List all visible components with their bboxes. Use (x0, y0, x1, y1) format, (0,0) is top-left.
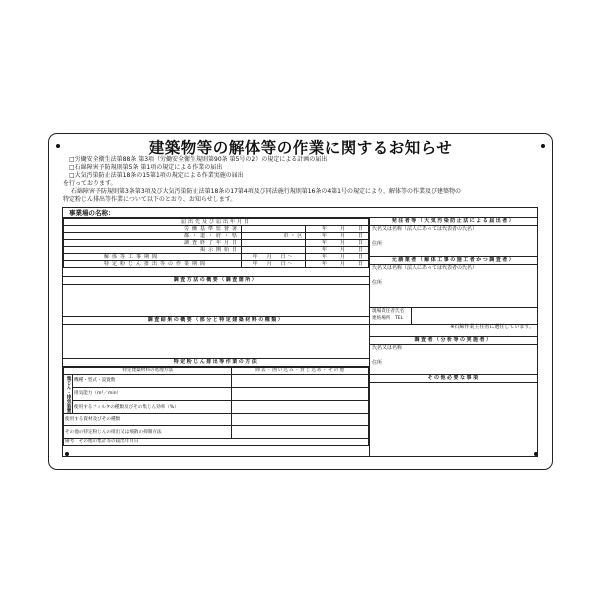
dust-method-section: 特定粉じん排出等作業の方法 特定建築材料の処理方法 除去・囲い込み・封じ込め・そ… (63, 358, 369, 458)
paragraph-line: 石綿障害予防規則第3条第3項及び大気汚染防止法第18条の17第4項及び同法施行規… (63, 188, 461, 196)
row-label: 労働基準監督署 (64, 226, 242, 233)
dates-row: 掲示開始日年 月 日 (64, 247, 369, 254)
row-mid (241, 240, 305, 247)
row-mid: 年 月 日～ (241, 254, 305, 261)
dates-row: 特定粉じん排出等の作業期間年 月 日～年 月 日 (64, 261, 369, 268)
orderer-section: 発注者等（大気汚染防止法による届出者） 氏名又は名称（法人にあっては代表者の氏名… (370, 218, 537, 256)
row-date: 年 月 日 (306, 240, 369, 247)
row-label: 掲示開始日 (64, 247, 242, 254)
row-mid (241, 226, 305, 233)
left-column: 届出先及び届出年月日労働基準監督署年 月 日都・道・府・県市・区年 月 日調査終… (63, 218, 370, 456)
investigator-header: 調査者（分析等の実施者） (370, 337, 537, 345)
row-label: 調査終了年月日 (64, 240, 242, 247)
other-suppression-label: その他の特定粉じんの排出又は飛散の抑制方法 (64, 426, 232, 439)
sign-title: 建築物等の解体等の作業に関するお知らせ (49, 136, 552, 158)
paragraph-line: 特定粉じん排出等作業について以下のとおり、お知らせします。 (63, 196, 461, 204)
row-mid: 市・区 (241, 233, 305, 240)
material-method-label: 特定建築材料の処理方法 (64, 368, 232, 375)
row-date: 年 月 日 (306, 226, 369, 233)
other-suppression-value (232, 426, 369, 439)
row-label: 特定粉じん排出等の作業期間 (64, 261, 242, 268)
row-mid (241, 247, 305, 254)
intro-text: □労働安全衛生法第88条 第3項（労働安全衛生規則第90条 第5号の2）の規定に… (63, 156, 461, 204)
orderer-address-label: 住所 (370, 241, 537, 248)
orderer-header: 発注者等（大気汚染防止法による届出者） (370, 218, 537, 226)
exhaust-capacity-label: 排気能力（m³／min） (73, 388, 232, 401)
right-column: 発注者等（大気汚染防止法による届出者） 氏名又は名称（法人にあっては代表者の氏名… (370, 218, 537, 456)
collector-model-value (232, 375, 369, 388)
checklist-item: □石綿障害予防規則第5条 第1項の規定による作業の届出 (63, 164, 461, 172)
dates-row: 都・道・府・県市・区年 月 日 (64, 233, 369, 240)
removal-options: 除去・囲い込み・封じ込め・その他 (232, 368, 369, 375)
exhaust-capacity-value (232, 388, 369, 401)
survey-result-section: 調査結果の概要（部分と特定建築材料の種類） (63, 316, 369, 358)
dates-row: 届出先及び届出年月日 (64, 219, 369, 226)
checklist-item: □大気汚染防止法第18条の15第1項の規定による作業実施の届出 (63, 172, 461, 180)
remarks-label: 備考 その他の集計等の届出年月日 (64, 439, 369, 446)
investigator-name-label: 氏名又は名称 (370, 345, 537, 352)
investigator-address-label: 住所 (370, 360, 537, 367)
asbestos-note: ※石綿作業主任者に選任しています。 (450, 324, 537, 331)
survey-method-section: 調査方法の概要（調査箇所） (63, 276, 369, 316)
prime-address-label: 住所 (370, 280, 537, 287)
row-label: 解体等工事期間 (64, 254, 242, 261)
materials-label: 使用する資材及びその種類 (64, 414, 232, 426)
dates-row: 解体等工事期間年 月 日～年 月 日 (64, 254, 369, 261)
other-matters-header: その他必要な事項 (370, 375, 537, 383)
materials-value (232, 414, 369, 426)
dates-row: 調査終了年月日年 月 日 (64, 240, 369, 247)
orderer-name-label: 氏名又は名称（法人にあっては代表者の氏名） (370, 226, 537, 233)
row-label: 都・道・府・県 (64, 233, 242, 240)
dust-method-header: 特定粉じん排出等作業の方法 (63, 359, 369, 367)
contact-label: 連絡場所 TEL (372, 315, 411, 322)
dates-header: 届出先及び届出年月日 (64, 219, 369, 226)
site-manager-label: 現場責任者氏名 (372, 308, 411, 315)
investigator-section: 調査者（分析等の実施者） 氏名又は名称 住所 (370, 336, 537, 374)
survey-result-header: 調査結果の概要（部分と特定建築材料の種類） (63, 317, 369, 325)
site-manager-row: 現場責任者氏名 連絡場所 TEL (370, 307, 537, 325)
row-date: 年 月 日 (306, 261, 369, 268)
prime-name-label: 氏名又は名称（法人にあっては代表者の氏名） (370, 265, 537, 272)
notice-board: 建築物等の解体等の作業に関するお知らせ □労働安全衛生法第88条 第3項（労働安… (48, 133, 553, 470)
done-line: を行っております。 (63, 180, 461, 188)
row-mid: 年 月 日～ (241, 261, 305, 268)
site-manager-cell: 現場責任者氏名 連絡場所 TEL (370, 308, 412, 324)
row-date: 年 月 日 (306, 233, 369, 240)
info-table: 届出先及び届出年月日労働基準監督署年 月 日都・道・府・県市・区年 月 日調査終… (62, 217, 538, 457)
dates-row: 労働基準監督署年 月 日 (64, 226, 369, 233)
collector-model-label: 機種・型式・設置数 (73, 375, 232, 388)
dates-table: 届出先及び届出年月日労働基準監督署年 月 日都・道・府・県市・区年 月 日調査終… (63, 218, 369, 268)
dust-method-table: 特定建築材料の処理方法 除去・囲い込み・封じ込め・その他 集じん・排気装置 機種… (63, 367, 369, 446)
checklist-item: □労働安全衛生法第88条 第3項（労働安全衛生規則第90条 第5号の2）の規定に… (63, 156, 461, 164)
other-matters-section: その他必要な事項 (370, 374, 537, 458)
row-date: 年 月 日 (306, 254, 369, 261)
prime-contractor-header: 元請業者（解体工事の施工者かつ調査者） (370, 257, 537, 265)
collector-group-label: 集じん・排気装置 (64, 375, 73, 414)
row-date: 年 月 日 (306, 247, 369, 254)
prime-contractor-section: 元請業者（解体工事の施工者かつ調査者） 氏名又は名称（法人にあっては代表者の氏名… (370, 256, 537, 336)
site-name-label: 事業場の名称： (62, 207, 538, 217)
survey-method-header: 調査方法の概要（調査箇所） (63, 277, 369, 285)
filter-type-label: 使用するフィルタの種類及びその集じん効率（%） (73, 401, 232, 414)
filter-type-value (232, 401, 369, 414)
